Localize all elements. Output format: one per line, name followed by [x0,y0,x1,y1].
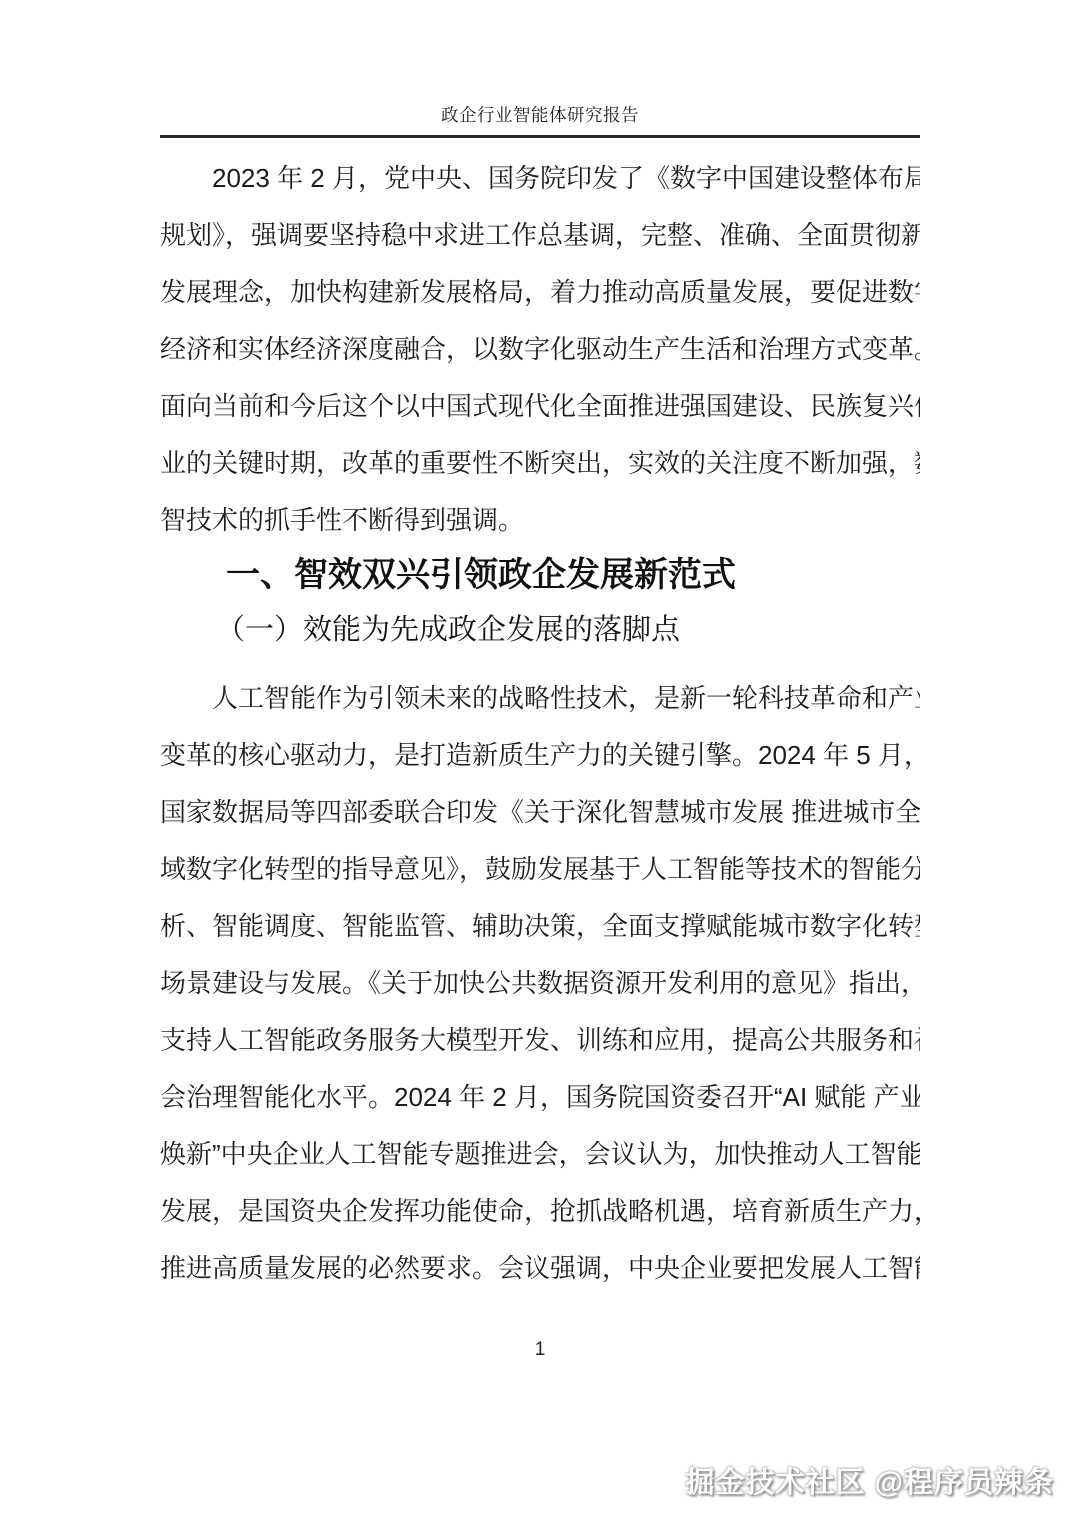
subsection-heading: （一）效能为先成政企发展的落脚点 [216,607,920,653]
header-rule [160,135,920,138]
text-line: 2023 年 2 月，党中央、国务院印发了《数字中国建设整体布局 [160,150,920,207]
text-line: 经济和实体经济深度融合，以数字化驱动生产生活和治理方式变革。 [160,321,920,378]
paragraph-2: 人工智能作为引领未来的战略性技术，是新一轮科技革命和产业变革的核心驱动力，是打造… [160,670,920,1297]
text-line: 支持人工智能政务服务大模型开发、训练和应用，提高公共服务和社 [160,1012,920,1069]
text-line: 业的关键时期，改革的重要性不断突出，实效的关注度不断加强，数 [160,435,920,492]
section-heading: 一、智效双兴引领政企发展新范式 [226,549,920,601]
text-line: 国家数据局等四部委联合印发《关于深化智慧城市发展 推进城市全 [160,784,920,841]
text-line: 变革的核心驱动力，是打造新质生产力的关键引擎。2024 年 5 月， [160,727,920,784]
text-line: 会治理智能化水平。2024 年 2 月，国务院国资委召开“AI 赋能 产业 [160,1069,920,1126]
paragraph-1: 2023 年 2 月，党中央、国务院印发了《数字中国建设整体布局规划》，强调要坚… [160,150,920,549]
document-page: 政企行业智能体研究报告 2023 年 2 月，党中央、国务院印发了《数字中国建设… [0,0,1080,1527]
text-line: 场景建设与发展。《关于加快公共数据资源开发利用的意见》指出， [160,955,920,1012]
text-line: 发展理念，加快构建新发展格局，着力推动高质量发展，要促进数字 [160,264,920,321]
text-line: 域数字化转型的指导意见》，鼓励发展基于人工智能等技术的智能分 [160,841,920,898]
text-line: 焕新”中央企业人工智能专题推进会，会议认为，加快推动人工智能 [160,1126,920,1183]
text-line: 人工智能作为引领未来的战略性技术，是新一轮科技革命和产业 [160,670,920,727]
text-line: 规划》，强调要坚持稳中求进工作总基调，完整、准确、全面贯彻新 [160,207,920,264]
text-line: 发展，是国资央企发挥功能使命，抢抓战略机遇，培育新质生产力， [160,1183,920,1240]
page-header-title: 政企行业智能体研究报告 [160,100,920,130]
text-line: 析、智能调度、智能监管、辅助决策，全面支撑赋能城市数字化转型 [160,898,920,955]
watermark: 掘金技术社区 @程序员辣条 [686,1460,1054,1501]
page-number: 1 [160,1335,920,1365]
text-line: 推进高质量发展的必然要求。会议强调，中央企业要把发展人工智能 [160,1240,920,1297]
text-line: 智技术的抓手性不断得到强调。 [160,492,920,549]
text-line: 面向当前和今后这个以中国式现代化全面推进强国建设、民族复兴伟 [160,378,920,435]
